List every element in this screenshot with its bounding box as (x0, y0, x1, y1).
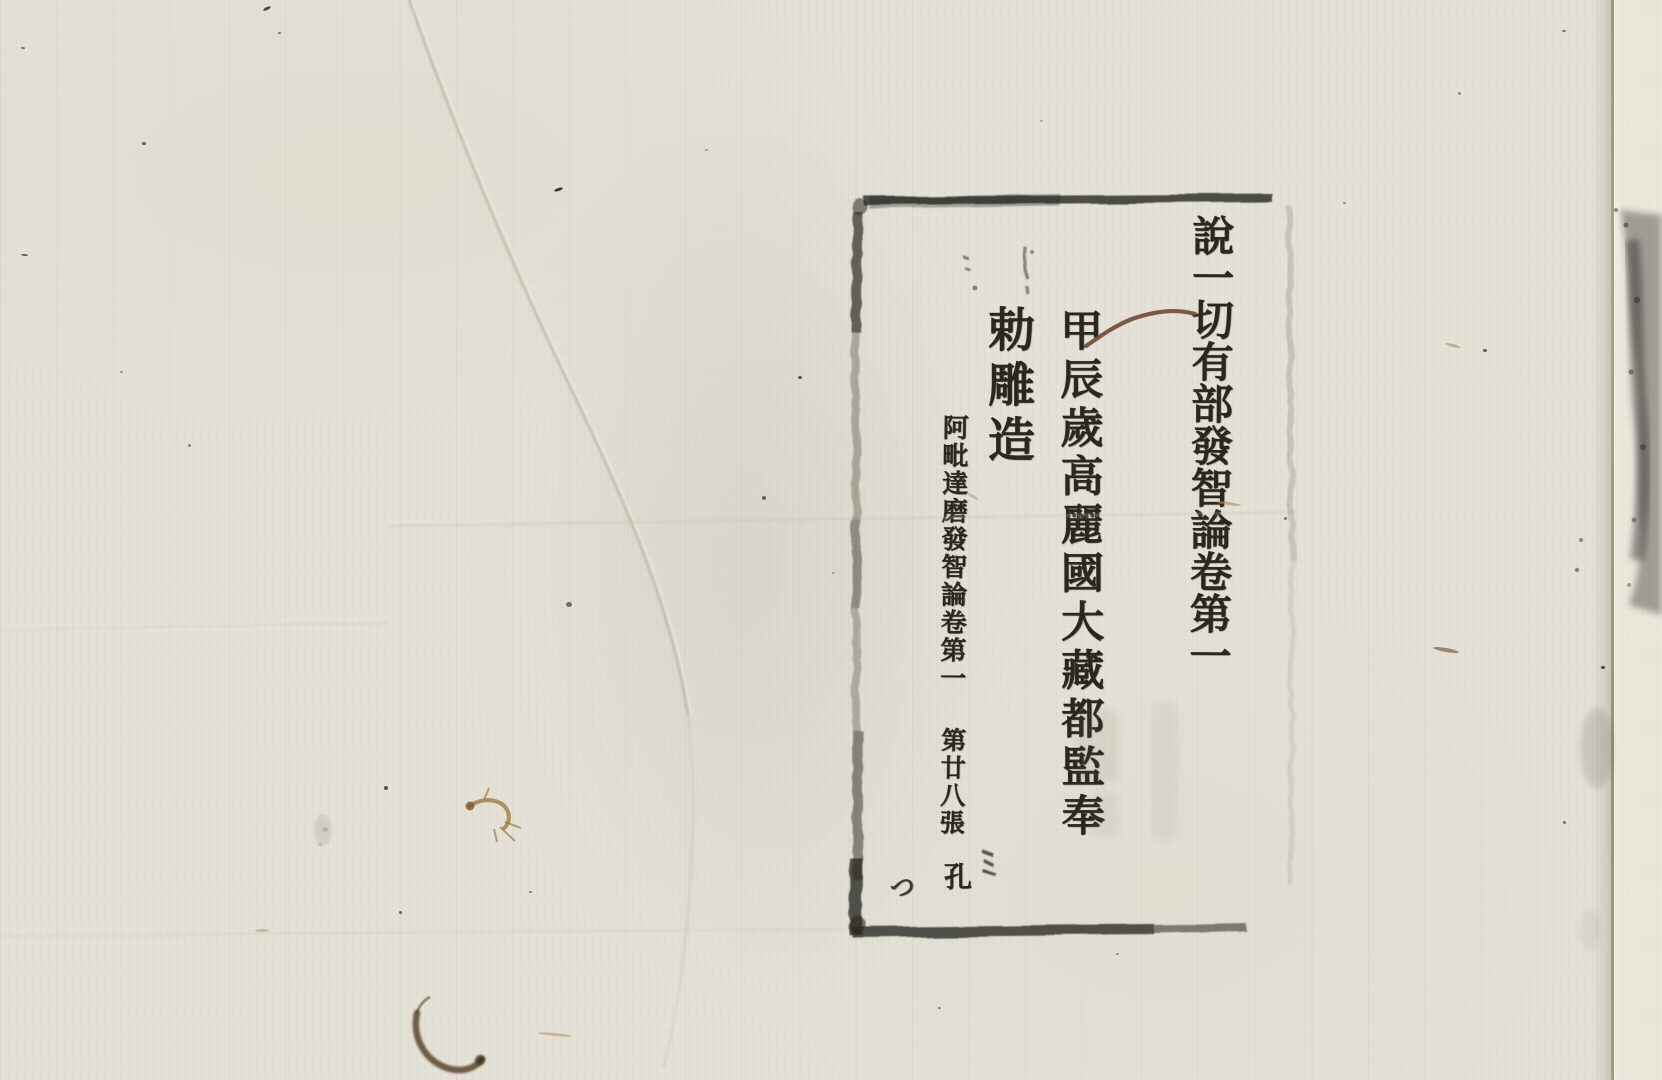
colophon-scripture-title-column: 阿毗達磨發智論卷第一 (933, 414, 973, 692)
paper-leaf-adjacent (1614, 0, 1662, 1080)
colophon-decree-column: 勅雕造 (974, 305, 1041, 470)
colophon-sheet-number-column: 第廿八張 (932, 727, 970, 838)
colophon-case-character: 孔 (936, 862, 976, 890)
paper-leaf-main (0, 0, 1611, 1080)
colophon-production-column: 甲辰歲高麗國大藏都監奉 (1048, 308, 1111, 842)
colophon-title-column: 說一切有部發智論卷第一 (1177, 214, 1240, 676)
scanned-page: 說一切有部發智論卷第一 甲辰歲高麗國大藏都監奉 勅雕造 阿毗達磨發智論卷第一 第… (0, 0, 1662, 1080)
